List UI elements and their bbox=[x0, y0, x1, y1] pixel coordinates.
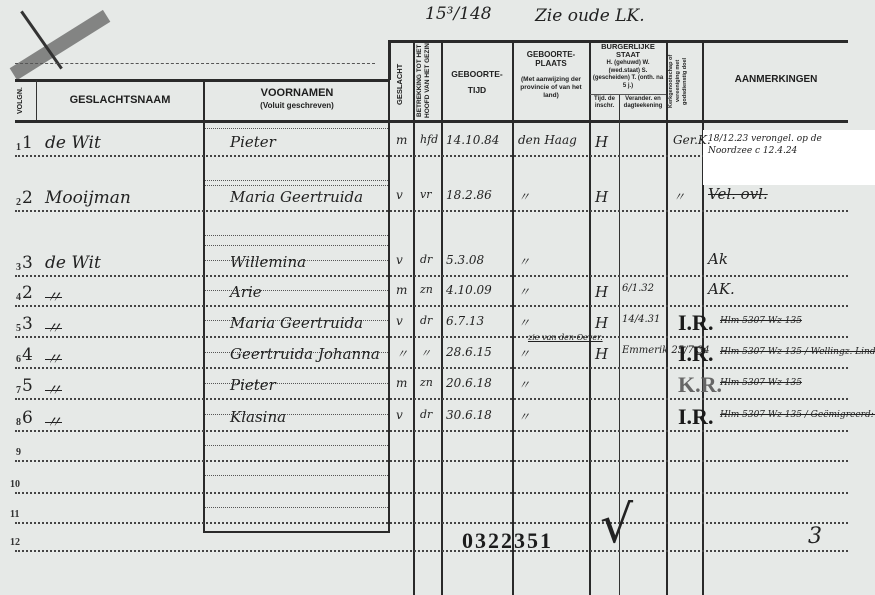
cell-birth-place: 〃 bbox=[518, 283, 530, 300]
register-stamp: I.R. bbox=[678, 404, 713, 430]
registration-card: 15³/148 Zie oude LK. VOLGN. GESLACHTSNAA… bbox=[0, 0, 875, 595]
cell-sex: m bbox=[396, 283, 407, 297]
row-rule bbox=[15, 210, 848, 212]
cell-remarks: 18/12.23 verongel. op de Noordzee c 12.4… bbox=[708, 133, 868, 157]
card-serial-number: 0322351 bbox=[462, 528, 553, 554]
check-mark: √ bbox=[600, 495, 633, 555]
cell-given-names: Maria Geertruida bbox=[230, 188, 363, 206]
row-rule bbox=[15, 430, 848, 432]
cell-birth-place-note: zie van den Oever. bbox=[528, 333, 603, 342]
cell-birth-place: 〃 bbox=[518, 408, 530, 425]
cell-birth-date: 30.6.18 bbox=[446, 408, 492, 422]
cell-sex: 〃 bbox=[396, 345, 408, 362]
burgerlijk-sub-rule bbox=[590, 94, 666, 95]
register-stamp: I.R. bbox=[678, 341, 713, 367]
header-geslachtsnaam: GESLACHTSNAAM bbox=[40, 94, 200, 106]
header-bottom-rule bbox=[15, 120, 848, 123]
cell-relation: 〃 bbox=[420, 345, 431, 361]
cell-surname: de Wit bbox=[45, 133, 101, 153]
voornamen-subrule bbox=[205, 475, 388, 476]
cell-birth-place: 〃 bbox=[518, 314, 530, 331]
printed-row-number: 7 bbox=[16, 385, 21, 396]
cell-civil-status: H bbox=[595, 283, 608, 301]
col-line-geboorteplaats bbox=[589, 40, 591, 595]
row-rule bbox=[15, 336, 848, 338]
header-burgerlijke-staat-sub: H. (gehuwd) W. (wed.staat) S. (gescheide… bbox=[591, 60, 665, 90]
cell-given-names: Geertruida Johanna bbox=[230, 345, 380, 363]
cell-birth-date: 4.10.09 bbox=[446, 283, 492, 297]
row-rule bbox=[15, 550, 848, 552]
row-rule bbox=[15, 305, 848, 307]
cell-sex: v bbox=[396, 408, 403, 422]
voornamen-subrule bbox=[205, 128, 388, 129]
header-betrekking: BETREKKING TOT HET HOOFD VAN HET GEZIN bbox=[416, 43, 440, 119]
cell-relation: zn bbox=[420, 376, 433, 389]
cell-remarks: Ak bbox=[708, 253, 848, 265]
cell-volgnummer: 2 bbox=[22, 188, 33, 208]
cell-birth-place: 〃 bbox=[518, 253, 530, 270]
cell-surname: de Wit bbox=[45, 253, 101, 273]
printed-row-number: 11 bbox=[10, 509, 19, 520]
cell-civil-status: H bbox=[595, 188, 608, 206]
header-geslacht: GESLACHT bbox=[395, 50, 409, 118]
cell-volgnummer: 4 bbox=[22, 345, 33, 365]
cell-birth-date: 14.10.84 bbox=[446, 133, 499, 147]
cell-relation: dr bbox=[420, 408, 432, 421]
cell-birth-date: 28.6.15 bbox=[446, 345, 492, 359]
header-verander: Verander. en dagteekening bbox=[620, 96, 666, 110]
col-line-geboortetijd bbox=[512, 40, 514, 595]
row-rule bbox=[15, 492, 848, 494]
cell-sex: m bbox=[396, 133, 407, 147]
cell-given-names: Maria Geertruida bbox=[230, 314, 363, 332]
bottom-mark: 3 bbox=[808, 524, 822, 549]
cell-birth-place: 〃 bbox=[518, 345, 530, 362]
cell-birth-place: 〃 bbox=[518, 188, 530, 205]
top-note-see-old-card: Zie oude LK. bbox=[535, 6, 645, 26]
voornamen-subrule bbox=[205, 185, 388, 186]
cell-birth-date: 5.3.08 bbox=[446, 253, 484, 267]
cell-civil-status: H bbox=[595, 314, 608, 332]
header-geboorteplaats-sub: (Met aanwijzing der provincie of van het… bbox=[515, 76, 587, 100]
header-tijd-inschr: Tijd. de inschr. bbox=[590, 96, 619, 110]
cell-surname: 〃 bbox=[45, 408, 62, 433]
cell-surname: 〃 bbox=[45, 345, 62, 370]
cell-birth-date: 18.2.86 bbox=[446, 188, 492, 202]
printed-row-number: 5 bbox=[16, 323, 21, 334]
cell-remarks: AK. bbox=[708, 283, 848, 295]
voornamen-subrule bbox=[205, 507, 388, 508]
cell-given-names: Pieter bbox=[230, 376, 276, 394]
cell-remarks: Vel. ovl. bbox=[708, 188, 848, 200]
cell-birth-date: 20.6.18 bbox=[446, 376, 492, 390]
cell-sex: v bbox=[396, 188, 403, 202]
col-line-volgn bbox=[36, 80, 37, 120]
cell-remarks: Hlm 5307 Wz 135 / Geëmigreerd: 30-6-52 bbox=[720, 410, 875, 420]
cell-relation: dr bbox=[420, 314, 432, 327]
printed-row-number: 4 bbox=[16, 292, 21, 303]
cell-religion: 〃 bbox=[673, 188, 685, 205]
cell-volgnummer: 5 bbox=[22, 376, 33, 396]
row-rule bbox=[15, 367, 848, 369]
register-stamp: I.R. bbox=[678, 310, 713, 336]
cell-volgnummer: 6 bbox=[22, 408, 33, 428]
register-stamp: K.R. bbox=[678, 372, 722, 398]
voornamen-box-bottom bbox=[203, 531, 390, 533]
cell-sex: v bbox=[396, 314, 403, 328]
row-rule bbox=[15, 398, 848, 400]
cell-surname: 〃 bbox=[45, 283, 62, 308]
cell-volgnummer: 2 bbox=[22, 283, 33, 303]
header-voornamen: VOORNAMEN bbox=[208, 87, 386, 99]
printed-row-number: 6 bbox=[16, 354, 21, 365]
header-burgerlijke-staat: BURGERLIJKE STAAT bbox=[591, 43, 665, 59]
cell-birth-place: 〃 bbox=[518, 376, 530, 393]
voornamen-subrule bbox=[205, 180, 388, 181]
header-voornamen-sub: (Voluit geschreven) bbox=[208, 101, 386, 110]
voornamen-subrule bbox=[205, 245, 388, 246]
cell-given-names: Arie bbox=[230, 283, 262, 301]
printed-row-number: 1 bbox=[16, 142, 21, 153]
printed-row-number: 2 bbox=[16, 197, 21, 208]
cell-civil-status: H bbox=[595, 345, 608, 363]
col-line-geslacht bbox=[413, 40, 415, 595]
header-geboortetijd: GEBOORTE-TIJD bbox=[445, 66, 509, 98]
header-aanmerkingen: AANMERKINGEN bbox=[705, 74, 847, 85]
col-line-betrekking bbox=[441, 40, 443, 595]
printed-row-number: 9 bbox=[16, 447, 21, 458]
cell-civil-change: 6/1.32 bbox=[622, 283, 654, 294]
voornamen-subrule bbox=[205, 445, 388, 446]
cell-relation: zn bbox=[420, 283, 433, 296]
cell-surname: 〃 bbox=[45, 314, 62, 339]
cell-civil-status: H bbox=[595, 133, 608, 151]
cell-remarks: Hlm 5307 Wz 135 bbox=[720, 316, 802, 326]
cell-remarks: Hlm 5307 Wz 135 bbox=[720, 378, 802, 388]
row-rule bbox=[15, 460, 848, 462]
printed-row-number: 3 bbox=[16, 262, 21, 273]
cell-given-names: Willemina bbox=[230, 253, 306, 271]
voornamen-subrule bbox=[205, 235, 388, 236]
cell-relation: dr bbox=[420, 253, 432, 266]
cell-relation: vr bbox=[420, 188, 431, 201]
cell-civil-change: 14/4.31 bbox=[622, 314, 660, 325]
row-rule bbox=[15, 522, 848, 524]
cell-given-names: Pieter bbox=[230, 133, 276, 151]
cell-volgnummer: 3 bbox=[22, 253, 33, 273]
cell-volgnummer: 1 bbox=[22, 133, 33, 153]
cell-religion: Ger.K. bbox=[673, 133, 711, 147]
printed-row-number: 8 bbox=[16, 417, 21, 428]
printed-row-number: 10 bbox=[10, 479, 20, 490]
cell-birth-place: den Haag bbox=[518, 133, 577, 147]
header-volgnummer: VOLGN. bbox=[17, 84, 31, 118]
header-geboorteplaats: GEBOORTE-PLAATS bbox=[515, 50, 587, 68]
header-kerkgenootschap: Kerkgenootschap of vereeniging met godsd… bbox=[668, 43, 700, 119]
cell-volgnummer: 3 bbox=[22, 314, 33, 334]
cell-birth-date: 6.7.13 bbox=[446, 314, 484, 328]
col-line-burgerlijk bbox=[666, 40, 668, 595]
cell-given-names: Klasina bbox=[230, 408, 286, 426]
cell-surname: 〃 bbox=[45, 376, 62, 401]
printed-row-number: 12 bbox=[10, 537, 20, 548]
top-note-archive-number: 15³/148 bbox=[425, 4, 492, 24]
row-rule bbox=[15, 275, 848, 277]
cell-remarks: Hlm 5307 Wz 135 / Wellingz. Lindekens 9/… bbox=[720, 347, 875, 357]
upper-rule bbox=[15, 63, 375, 64]
cell-sex: v bbox=[396, 253, 403, 267]
col-line-voornamen bbox=[388, 40, 390, 532]
cell-relation: hfd bbox=[420, 133, 438, 146]
cell-surname: Mooijman bbox=[45, 188, 131, 208]
cell-sex: m bbox=[396, 376, 407, 390]
